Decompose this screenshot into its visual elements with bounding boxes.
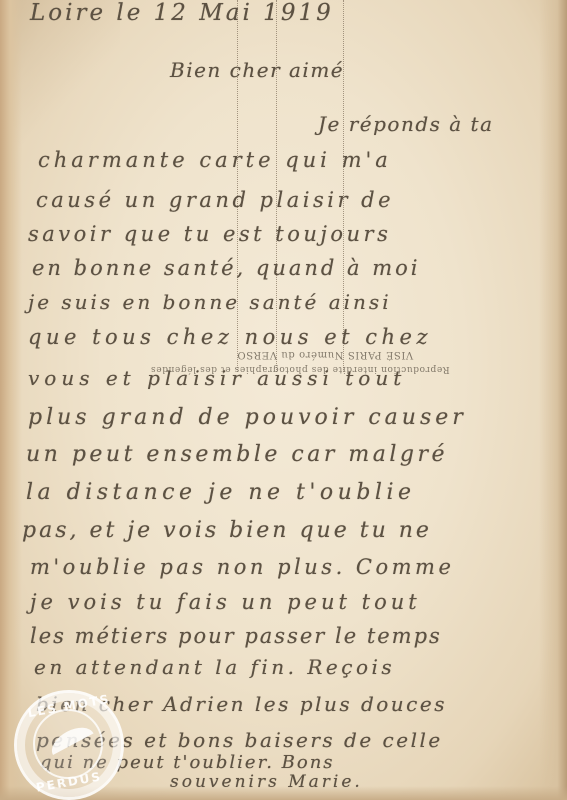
letter-line: je suis en bonne santé ainsi: [28, 290, 392, 314]
letter-date-line: Loire le 12 Mai 1919: [30, 0, 334, 26]
postcard-back: VISÉ PARIS Numéro du VERSO Reproduction …: [0, 0, 567, 800]
watermark-stamp: LES MOTS PERDUS: [14, 690, 124, 800]
printed-caption-upside-down: VISÉ PARIS Numéro du VERSO: [150, 349, 500, 360]
letter-line: pas, et je vois bien que tu ne: [22, 518, 432, 543]
letter-line: savoir que tu est toujours: [28, 222, 391, 246]
letter-line: les métiers pour passer le temps: [30, 624, 442, 648]
letter-line: causé un grand plaisir de: [36, 188, 394, 212]
letter-line: plus grand de pouvoir causer: [28, 405, 467, 430]
paper-edge-right: [539, 0, 567, 800]
letter-line: un peut ensemble car malgré: [26, 442, 448, 467]
letter-line: je vois tu fais un peut tout: [30, 590, 421, 614]
letter-line: m'oublie pas non plus. Comme: [30, 555, 454, 579]
paper-edge-left: [0, 0, 22, 800]
dotted-divider-line: [276, 0, 277, 372]
letter-salutation: Bien cher aimé: [170, 58, 344, 82]
letter-line: que tous chez nous et chez: [28, 325, 432, 349]
letter-line: en attendant la fin. Reçois: [34, 655, 395, 679]
dotted-divider-line: [343, 0, 344, 372]
letter-signature: souvenirs Marie.: [170, 772, 363, 792]
letter-line: Je réponds à ta: [318, 112, 494, 136]
letter-line: la distance je ne t'oublie: [26, 480, 416, 505]
letter-line: en bonne santé, quand à moi: [32, 256, 421, 280]
dotted-divider-line: [237, 0, 238, 372]
letter-line: vous et plaisir aussi tout: [28, 366, 406, 390]
letter-line: charmante carte qui m'a: [38, 148, 392, 172]
